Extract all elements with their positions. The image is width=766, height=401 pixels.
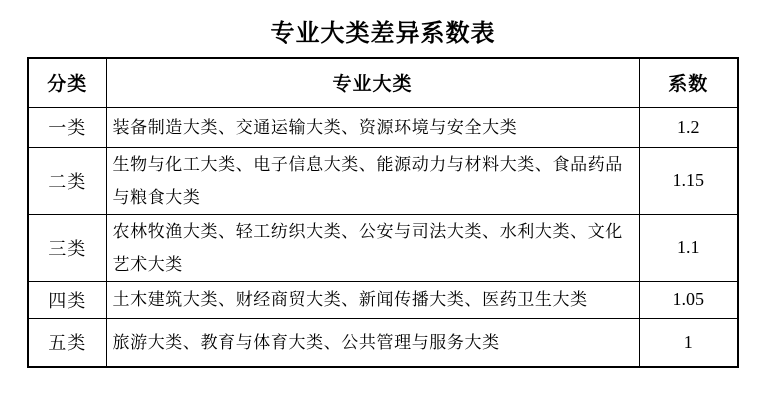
table-row: 四类 土木建筑大类、财经商贸大类、新闻传播大类、医药卫生大类 1.05 (28, 281, 738, 318)
document-page: 专业大类差异系数表 分类 专业大类 系数 一类 装备制造大类、交通运输大类、资源… (0, 0, 766, 401)
table-row: 三类 农林牧渔大类、轻工纺织大类、公安与司法大类、水利大类、文化艺术大类 1.1 (28, 214, 738, 281)
table-row: 二类 生物与化工大类、电子信息大类、能源动力与材料大类、食品药品与粮食大类 1.… (28, 147, 738, 214)
coefficient-cell: 1.15 (639, 147, 738, 214)
coefficient-table: 分类 专业大类 系数 一类 装备制造大类、交通运输大类、资源环境与安全大类 1.… (27, 57, 739, 368)
coefficient-cell: 1.2 (639, 107, 738, 147)
coefficient-cell: 1.1 (639, 214, 738, 281)
category-cell: 二类 (28, 147, 106, 214)
majors-cell: 旅游大类、教育与体育大类、公共管理与服务大类 (106, 318, 639, 367)
category-cell: 三类 (28, 214, 106, 281)
page-title: 专业大类差异系数表 (0, 13, 766, 48)
header-category: 分类 (28, 58, 106, 107)
table-header-row: 分类 专业大类 系数 (28, 58, 738, 107)
coefficient-cell: 1 (639, 318, 738, 367)
header-coefficient: 系数 (639, 58, 738, 107)
coefficient-cell: 1.05 (639, 281, 738, 318)
table-row: 五类 旅游大类、教育与体育大类、公共管理与服务大类 1 (28, 318, 738, 367)
majors-cell: 生物与化工大类、电子信息大类、能源动力与材料大类、食品药品与粮食大类 (106, 147, 639, 214)
majors-cell: 装备制造大类、交通运输大类、资源环境与安全大类 (106, 107, 639, 147)
table-row: 一类 装备制造大类、交通运输大类、资源环境与安全大类 1.2 (28, 107, 738, 147)
header-majors: 专业大类 (106, 58, 639, 107)
majors-cell: 农林牧渔大类、轻工纺织大类、公安与司法大类、水利大类、文化艺术大类 (106, 214, 639, 281)
category-cell: 五类 (28, 318, 106, 367)
majors-cell: 土木建筑大类、财经商贸大类、新闻传播大类、医药卫生大类 (106, 281, 639, 318)
category-cell: 一类 (28, 107, 106, 147)
category-cell: 四类 (28, 281, 106, 318)
